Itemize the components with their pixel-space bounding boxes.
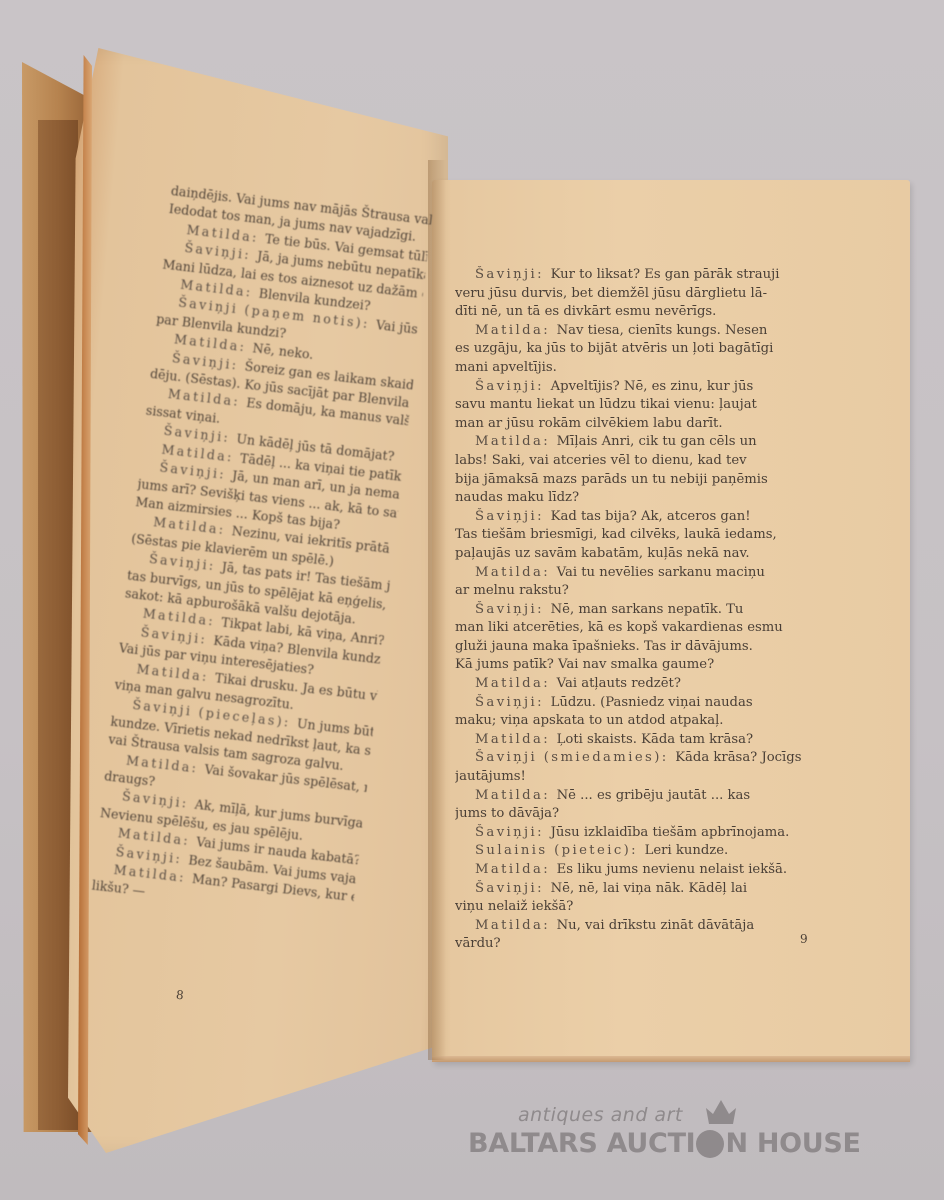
dialogue-text: Ļoti skaists. Kāda tam krāsa? [557,732,753,747]
speaker-name: Matilda: [475,788,557,803]
text-line: Šaviņji: Kad tas bija? Ak, atceros gan! [455,508,807,527]
text-line: es uzgāju, ka jūs to bijāt atvēris un ļo… [455,340,807,359]
dialogue-text: Nē, nē, lai viņa nāk. Kādēļ lai [551,881,748,896]
watermark-name-part2: N HOUSE [725,1128,860,1159]
watermark-name: BALTARS AUCTI N HOUSE [468,1128,861,1159]
text-line: Matilda: Vai tu nevēlies sarkanu maciņu [455,564,807,583]
dialogue-text: Es liku jums nevienu nelaist iekšā. [557,862,787,877]
speaker-name: Matilda: [475,918,557,933]
text-line: jautājums! [455,768,807,787]
dialogue-text: Apveltījis? Nē, es zinu, kur jūs [551,379,754,394]
speaker-name: Šaviņji: [475,695,551,710]
dialogue-text: Nē, man sarkans nepatīk. Tu [551,602,744,617]
text-line: Matilda: Nē ... es gribēju jautāt ... ka… [455,787,807,806]
speaker-name: Šaviņji (smiedamies): [475,750,675,765]
dialogue-text: Nav tiesa, cienīts kungs. Nesen [557,323,768,338]
text-line: veru jūsu durvis, bet diemžēl jūsu dārgl… [455,285,807,304]
text-line: paļaujās uz savām kabatām, kuļās nekā na… [455,545,807,564]
orb-icon [696,1130,724,1158]
text-line: Kā jums patīk? Vai nav smalka gaume? [455,656,807,675]
speaker-name: Matilda: [475,434,557,449]
speaker-name: Šaviņji: [475,267,551,282]
speaker-name: Matilda: [475,565,557,580]
text-line: dīti nē, un tā es divkārt esmu nevērīgs. [455,303,807,322]
right-page-number: 9 [800,932,808,946]
speaker-name: Šaviņji: [475,825,551,840]
text-line: Sulainis (pieteic): Leri kundze. [455,842,807,861]
speaker-name: Matilda: [475,323,557,338]
book-gutter [428,160,446,1060]
text-line: Matilda: Mīļais Anri, cik tu gan cēls un [455,433,807,452]
dialogue-text: Jūsu izklaidība tiešām apbrīnojama. [551,825,790,840]
speaker-name: Šaviņji: [475,509,551,524]
dialogue-text: Kad tas bija? Ak, atceros gan! [551,509,751,524]
dialogue-text: Vai atļauts redzēt? [557,676,681,691]
text-line: gluži jauna maka īpašnieks. Tas ir dāvāj… [455,638,807,657]
photo-scene: daiņdējis. Vai jums nav mājās Štrausa va… [0,0,944,1200]
text-line: ar melnu rakstu? [455,582,807,601]
speaker-name: Šaviņji: [475,881,551,896]
speaker-name: Sulainis (pieteic): [475,843,645,858]
dialogue-text: Mīļais Anri, cik tu gan cēls un [557,434,757,449]
text-line: Matilda: Es liku jums nevienu nelaist ie… [455,861,807,880]
watermark-tagline: antiques and art [518,1104,683,1126]
text-line: vārdu? [455,935,807,954]
right-page-text: Šaviņji: Kur to liksat? Es gan pārāk str… [455,266,807,954]
text-line: savu mantu liekat un lūdzu tikai vienu: … [455,396,807,415]
dialogue-text: Lūdzu. (Pasniedz viņai naudas [551,695,753,710]
text-line: Šaviņji: Nē, man sarkans nepatīk. Tu [455,601,807,620]
text-line: man ar jūsu rokām cilvēkiem labu darīt. [455,415,807,434]
text-line: Šaviņji (smiedamies): Kāda krāsa? Jocīgs [455,749,807,768]
text-line: bija jāmaksā mazs parāds un tu nebiji pa… [455,471,807,490]
speaker-name: Šaviņji: [475,379,551,394]
text-line: Šaviņji: Apveltījis? Nē, es zinu, kur jū… [455,378,807,397]
text-line: Šaviņji: Lūdzu. (Pasniedz viņai naudas [455,694,807,713]
text-line: Šaviņji: Kur to liksat? Es gan pārāk str… [455,266,807,285]
text-line: man liki atcerēties, kā es kopš vakardie… [455,619,807,638]
text-line: maku; viņa apskata to un atdod atpakaļ. [455,712,807,731]
text-line: Matilda: Vai atļauts redzēt? [455,675,807,694]
dialogue-text: Kāda krāsa? Jocīgs [675,750,801,765]
left-page-number: 8 [175,988,184,1003]
text-line: naudas maku līdz? [455,489,807,508]
text-line: Šaviņji: Jūsu izklaidība tiešām apbrīnoj… [455,824,807,843]
speaker-name: Matilda: [475,732,557,747]
text-line: Matilda: Ļoti skaists. Kāda tam krāsa? [455,731,807,750]
speaker-name: Matilda: [475,862,557,877]
text-line: Tas tiešām briesmīgi, kad cilvēks, laukā… [455,526,807,545]
text-line: labs! Saki, vai atceries vēl to dienu, k… [455,452,807,471]
text-line: Matilda: Nav tiesa, cienīts kungs. Nesen [455,322,807,341]
dialogue-text: Nu, vai drīkstu zināt dāvātāja [557,918,755,933]
text-line: viņu nelaiž iekšā? [455,898,807,917]
dialogue-text: Kur to liksat? Es gan pārāk strauji [551,267,780,282]
text-line: mani apveltījis. [455,359,807,378]
speaker-name: Matilda: [475,676,557,691]
text-line: jums to dāvāja? [455,805,807,824]
text-line: Matilda: Nu, vai drīkstu zināt dāvātāja [455,917,807,936]
dialogue-text: Leri kundze. [645,843,729,858]
speaker-name: Šaviņji: [475,602,551,617]
text-line: Šaviņji: Nē, nē, lai viņa nāk. Kādēļ lai [455,880,807,899]
watermark-name-part1: BALTARS AUCTI [468,1128,695,1159]
auction-house-watermark: antiques and art BALTARS AUCTI N HOUSE [468,1100,868,1170]
dialogue-text: Nē ... es gribēju jautāt ... kas [557,788,751,803]
dialogue-text: Vai tu nevēlies sarkanu maciņu [557,565,765,580]
crown-icon [704,1100,738,1126]
